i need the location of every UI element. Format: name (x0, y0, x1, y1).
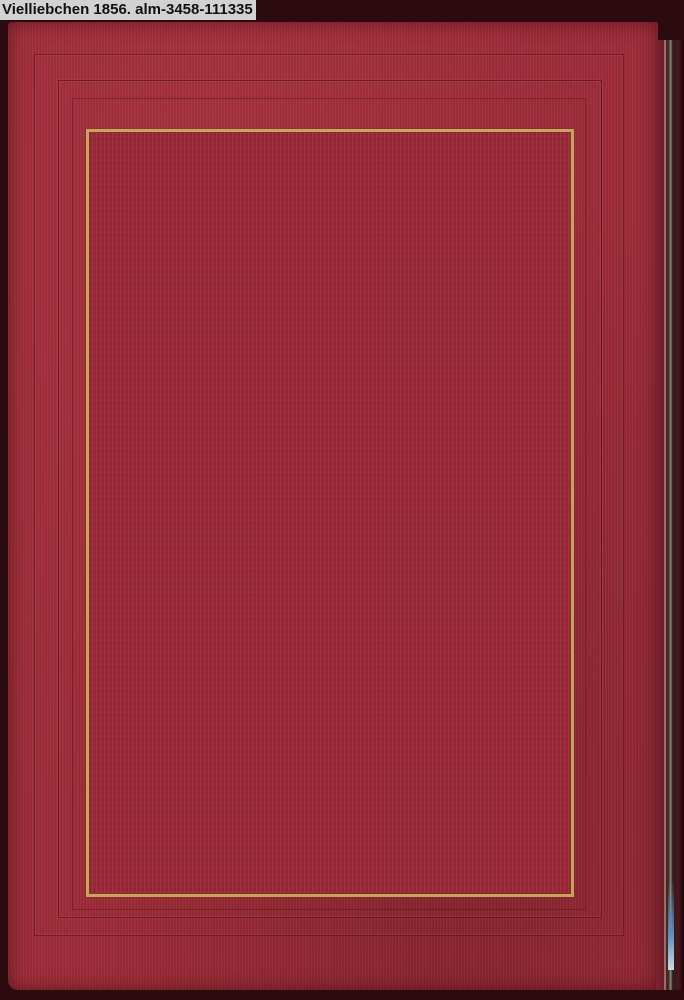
spine-page-edge-highlight (664, 40, 666, 990)
spine-worn-corner (668, 880, 674, 970)
photo-stage (0, 0, 684, 1000)
image-caption-label: Vielliebchen 1856. alm-3458-111335 (0, 0, 256, 20)
gold-rule-frame (86, 129, 574, 897)
book-spine-edge (656, 40, 684, 990)
